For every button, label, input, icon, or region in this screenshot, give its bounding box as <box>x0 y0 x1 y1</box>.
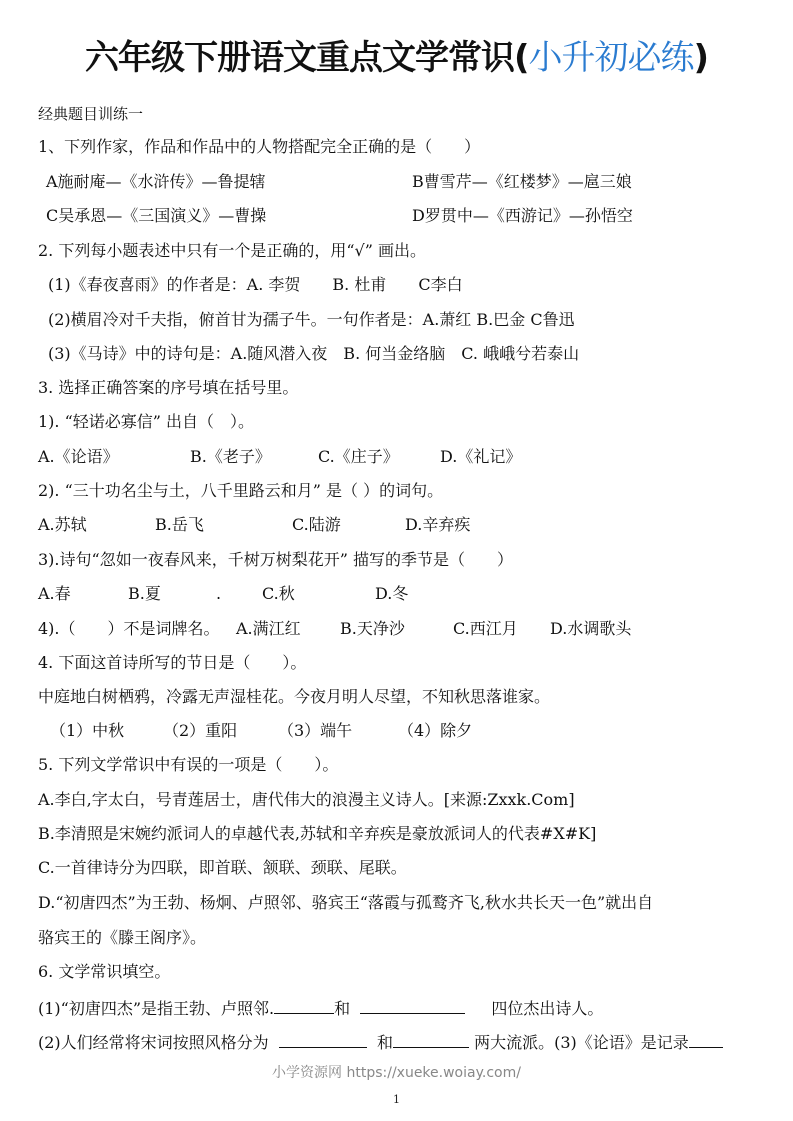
q3-sub4-option-a: A.满江红 <box>236 619 301 639</box>
q3-sub2-option-c: C.陆游 <box>292 515 341 535</box>
q3-stem: 3. 选择正确答案的序号填在括号里。 <box>38 378 298 398</box>
q5-stem: 5. 下列文学常识中有误的一项是（ ）。 <box>38 755 338 775</box>
q1-option-c: C吴承恩—《三国演义》—曹操 <box>46 206 266 226</box>
q5-option-c: C.一首律诗分为四联，即首联、颔联、颈联、尾联。 <box>38 858 407 878</box>
q6-l2-text-b: 和 <box>377 1033 393 1052</box>
q6-l1-text-b: 和 <box>334 999 350 1018</box>
q3-sub2-option-d: D.辛弃疾 <box>405 515 470 535</box>
q3-sub4-option-c: C.西江月 <box>453 619 518 639</box>
q5-option-b: B.李清照是宋婉约派词人的卓越代表,苏轼和辛弃疾是豪放派词人的代表#X#K] <box>38 824 596 844</box>
q3-sub2-stem: 2). “三十功名尘与土，八千里路云和月” 是（ ）的词句。 <box>38 481 443 501</box>
q4-option-1: （1）中秋 <box>50 721 124 741</box>
page-title: 六年级下册语文重点文学常识(小升初必练) <box>0 30 793 79</box>
q6-l1-text-a: (1)“初唐四杰”是指王勃、卢照邻. <box>38 999 274 1018</box>
q2-item-2: (2)横眉冷对千夫指，俯首甘为孺子牛。一句作者是：A.萧红 B.巴金 C鲁迅 <box>48 310 575 330</box>
q1-option-a: A施耐庵—《水浒传》—鲁提辖 <box>46 172 266 192</box>
q6-l2-blank-1[interactable] <box>279 1031 367 1048</box>
q3-sub3-option-b: B.夏 <box>128 584 161 604</box>
footer-site: 小学资源网 https://xueke.woiay.com/ <box>0 1062 793 1082</box>
title-main: 六年级下册语文重点文学常识( <box>85 38 529 78</box>
q6-stem: 6. 文学常识填空。 <box>38 962 170 982</box>
title-accent: 小升初必练 <box>529 38 694 78</box>
section-heading: 经典题目训练一 <box>38 104 143 124</box>
q1-option-b: B曹雪芹—《红楼梦》—扈三娘 <box>412 172 632 192</box>
q3-sub1-option-c: C.《庄子》 <box>318 447 399 467</box>
q6-l2-blank-2[interactable] <box>393 1031 469 1048</box>
q1-stem: 1、下列作家，作品和作品中的人物搭配完全正确的是（ ） <box>38 137 480 157</box>
title-close: ) <box>694 38 709 78</box>
page-number: 1 <box>0 1093 793 1106</box>
q3-sub2-option-b: B.岳飞 <box>155 515 204 535</box>
q5-option-a: A.李白,字太白，号青莲居士，唐代伟大的浪漫主义诗人。[来源:Zxxk.Com] <box>38 790 575 810</box>
q6-line-1: (1)“初唐四杰”是指王勃、卢照邻.和 四位杰出诗人。 <box>38 997 603 1019</box>
q6-l1-blank-1[interactable] <box>274 997 334 1014</box>
q5-option-d-cont: 骆宾王的《滕王阁序》。 <box>38 928 206 948</box>
q6-l1-blank-2[interactable] <box>360 997 465 1014</box>
q3-sub2-option-a: A.苏轼 <box>38 515 87 535</box>
q3-sub3-option-d: D.冬 <box>375 584 408 604</box>
q6-l2-text-c: 两大流派。(3)《论语》是记录 <box>474 1033 689 1052</box>
q3-sub3-option-a: A.春 <box>38 584 71 604</box>
q1-option-d: D罗贯中—《西游记》—孙悟空 <box>412 206 633 226</box>
q4-stem: 4. 下面这首诗所写的节日是（ ）。 <box>38 653 306 673</box>
q6-line-2: (2)人们经常将宋词按照风格分为 和 两大流派。(3)《论语》是记录 <box>38 1031 723 1053</box>
q3-sub1-option-a: A.《论语》 <box>38 447 119 467</box>
q2-item-3: (3)《马诗》中的诗句是：A.随风潜入夜 B. 何当金络脑 C. 峨峨兮若泰山 <box>48 344 579 364</box>
q4-poem: 中庭地白树栖鸦，冷露无声湿桂花。今夜月明人尽望，不知秋思落谁家。 <box>38 687 550 707</box>
q6-l2-text-a: (2)人们经常将宋词按照风格分为 <box>38 1033 269 1052</box>
q3-sub1-option-b: B.《老子》 <box>190 447 271 467</box>
q6-l2-blank-3[interactable] <box>689 1031 723 1048</box>
q3-sub4-option-d: D.水调歌头 <box>550 619 631 639</box>
q3-sub4-option-b: B.天净沙 <box>340 619 405 639</box>
q5-option-d: D.“初唐四杰”为王勃、杨炯、卢照邻、骆宾王“落霞与孤鹜齐飞,秋水共长天一色”就… <box>38 893 653 913</box>
q3-sub1-option-d: D.《礼记》 <box>440 447 521 467</box>
q3-sub3-stray-dot: . <box>216 584 221 604</box>
q4-option-3: （3）端午 <box>278 721 352 741</box>
q6-l1-text-c: 四位杰出诗人。 <box>491 999 603 1018</box>
q2-item-1: (1)《春夜喜雨》的作者是：A. 李贺 B. 杜甫 C李白 <box>48 275 463 295</box>
q3-sub1-stem: 1). “轻诺必寡信” 出自（ ）。 <box>38 412 254 432</box>
q3-sub4-stem: 4).（ ）不是词牌名。 <box>38 619 220 639</box>
q3-sub3-stem: 3).诗句“忽如一夜春风来，千树万树梨花开” 描写的季节是（ ） <box>38 550 513 570</box>
q2-stem: 2. 下列每小题表述中只有一个是正确的，用“√” 画出。 <box>38 241 426 261</box>
q3-sub3-option-c: C.秋 <box>262 584 295 604</box>
q4-option-2: （2）重阳 <box>163 721 237 741</box>
q4-option-4: （4）除夕 <box>398 721 472 741</box>
